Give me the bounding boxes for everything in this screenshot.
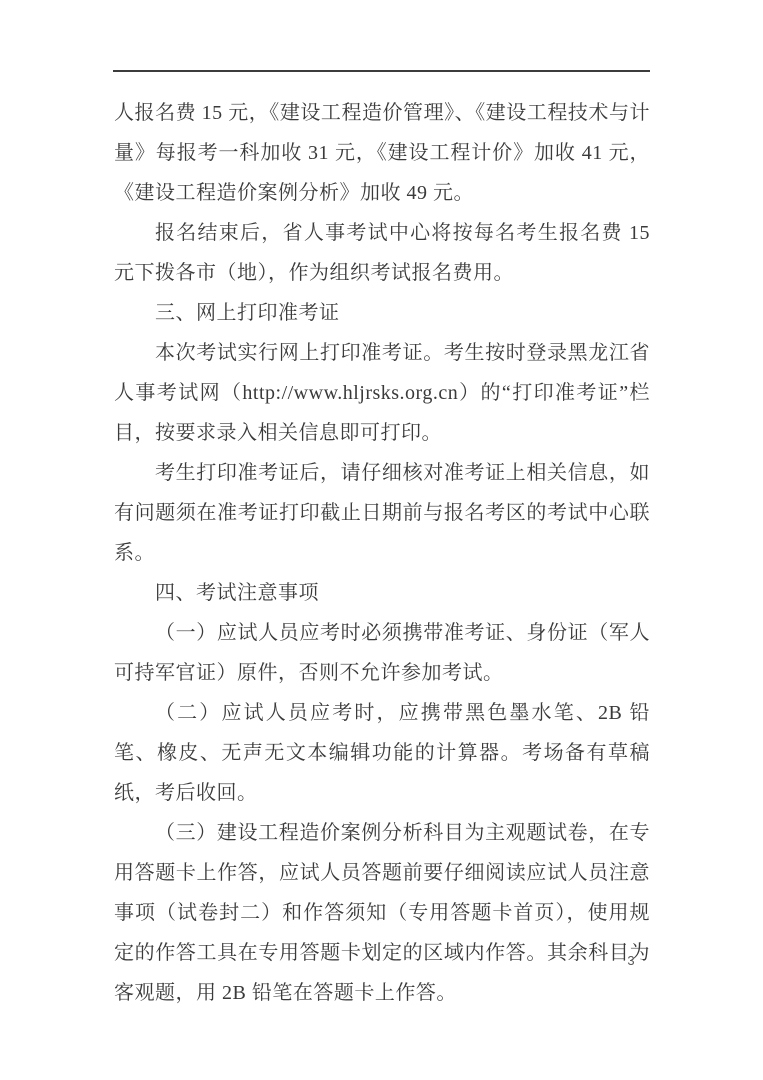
section-heading-exam-notes: 四、考试注意事项 — [114, 573, 650, 613]
page-number: 3 — [611, 951, 651, 971]
paragraph-fee-continuation: 人报名费 15 元，《建设工程造价管理》、《建设工程技术与计量》每报考一科加收 … — [114, 93, 650, 213]
header-divider — [113, 70, 650, 72]
section-heading-print-ticket: 三、网上打印准考证 — [114, 293, 650, 333]
document-body: 人报名费 15 元，《建设工程造价管理》、《建设工程技术与计量》每报考一科加收 … — [114, 93, 650, 1013]
document-page: 人报名费 15 元，《建设工程造价管理》、《建设工程技术与计量》每报考一科加收 … — [0, 0, 763, 1080]
paragraph-note-3-answer-sheet: （三）建设工程造价案例分析科目为主观题试卷，在专用答题卡上作答，应试人员答题前要… — [114, 813, 650, 1013]
paragraph-fee-allocation: 报名结束后，省人事考试中心将按每名考生报名费 15 元下拨各市（地），作为组织考… — [114, 213, 650, 293]
paragraph-print-ticket-info: 本次考试实行网上打印准考证。考生按时登录黑龙江省人事考试网（http://www… — [114, 333, 650, 453]
paragraph-verify-ticket-info: 考生打印准考证后，请仔细核对准考证上相关信息，如有问题须在准考证打印截止日期前与… — [114, 453, 650, 573]
paragraph-note-2-stationery: （二）应试人员应考时，应携带黑色墨水笔、2B 铅笔、橡皮、无声无文本编辑功能的计… — [114, 693, 650, 813]
paragraph-note-1-id-required: （一）应试人员应考时必须携带准考证、身份证（军人可持军官证）原件，否则不允许参加… — [114, 613, 650, 693]
